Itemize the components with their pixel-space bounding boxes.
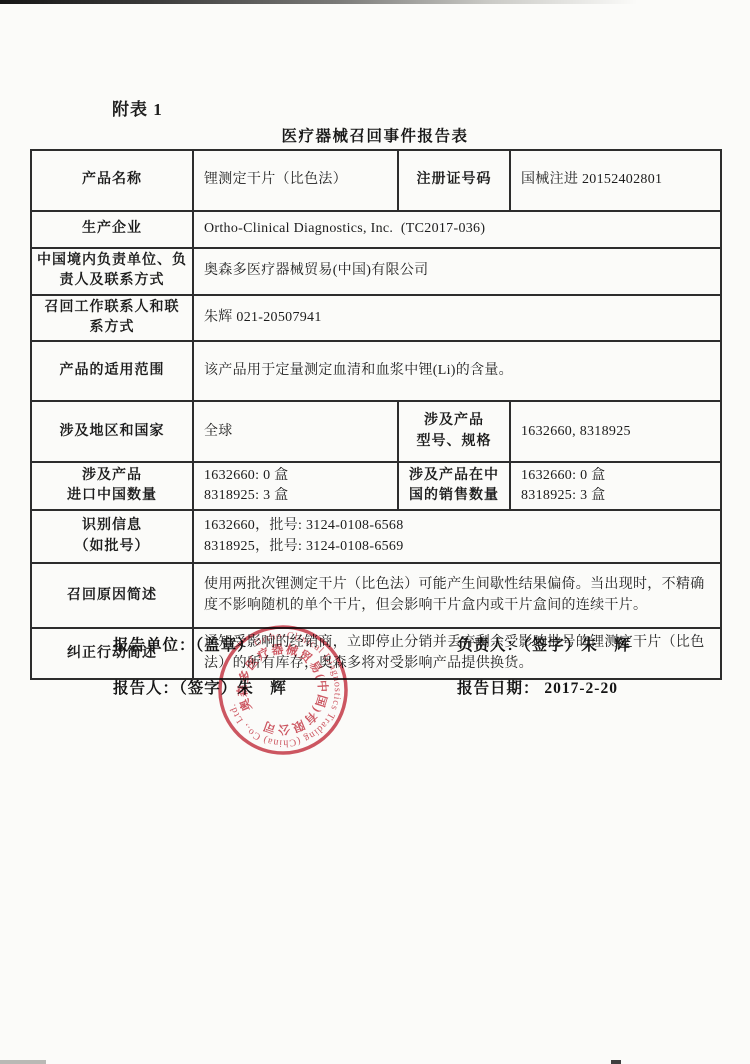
affected-regions-label: 涉及地区和国家 xyxy=(31,401,193,462)
table-row: 识别信息 （如批号） 1632660，批号: 3124-0108-6568 83… xyxy=(31,510,721,563)
import-quantity-value: 1632660: 0 盒 8318925: 3 盒 xyxy=(193,462,398,510)
identification-info-label: 识别信息 （如批号） xyxy=(31,510,193,563)
manufacturer-label: 生产企业 xyxy=(31,211,193,248)
appendix-label: 附表 1 xyxy=(112,95,163,120)
china-responsible-unit-label: 中国境内负责单位、负 责人及联系方式 xyxy=(31,248,193,295)
table-row: 召回原因简述 使用两批次锂测定干片（比色法）可能产生间歇性结果偏倚。当出现时，不… xyxy=(31,563,721,628)
svg-text:Ortho-Clinical Diagnostics Tra: Ortho-Clinical Diagnostics Trading (Chin… xyxy=(202,607,367,772)
affected-regions-value: 全球 xyxy=(193,401,398,462)
import-quantity-label: 涉及产品 进口中国数量 xyxy=(31,462,193,510)
affected-models-label: 涉及产品 型号、规格 xyxy=(398,401,510,462)
scan-artifact-bottom-left xyxy=(0,1060,46,1064)
stamp-english-text: Ortho-Clinical Diagnostics Trading (Chin… xyxy=(202,607,367,772)
report-date-line: 报告日期： 2017-2-20 xyxy=(457,676,618,698)
registration-number-value: 国械注进 20152402801 xyxy=(510,150,721,211)
manufacturer-value: Ortho-Clinical Diagnostics, Inc. (TC2017… xyxy=(193,211,721,248)
table-row: 涉及地区和国家 全球 涉及产品 型号、规格 1632660, 8318925 xyxy=(31,401,721,462)
table-row: 产品的适用范围 该产品用于定量测定血清和血浆中锂(Li)的含量。 xyxy=(31,341,721,401)
registration-number-label: 注册证号码 xyxy=(398,150,510,211)
recall-contact-value: 朱辉 021-20507941 xyxy=(193,295,721,342)
recall-contact-label: 召回工作联系人和联 系方式 xyxy=(31,295,193,342)
table-row: 涉及产品 进口中国数量 1632660: 0 盒 8318925: 3 盒 涉及… xyxy=(31,462,721,510)
scan-artifact-bottom xyxy=(611,1060,621,1064)
product-scope-value: 该产品用于定量测定血清和血浆中锂(Li)的含量。 xyxy=(193,341,721,401)
china-responsible-unit-value: 奥森多医疗器械贸易(中国)有限公司 xyxy=(193,248,721,295)
scan-artifact-top xyxy=(0,0,750,4)
product-name-value: 锂测定干片（比色法） xyxy=(193,150,398,211)
company-seal-stamp: Ortho-Clinical Diagnostics Trading (Chin… xyxy=(198,605,368,775)
responsible-person-line: 负责人：（签字）朱 辉 xyxy=(457,633,631,655)
svg-text:奥森多医疗器械贸易(中国)有限公司: 奥森多医疗器械贸易(中国)有限公司 xyxy=(215,622,349,756)
china-sales-quantity-value: 1632660: 0 盒 8318925: 3 盒 xyxy=(510,462,721,510)
form-title: 医疗器械召回事件报告表 xyxy=(0,124,750,146)
stamp-chinese-text: 奥森多医疗器械贸易(中国)有限公司 xyxy=(215,622,349,756)
identification-info-value: 1632660，批号: 3124-0108-6568 8318925，批号: 3… xyxy=(193,510,721,563)
affected-models-value: 1632660, 8318925 xyxy=(510,401,721,462)
table-row: 中国境内负责单位、负 责人及联系方式 奥森多医疗器械贸易(中国)有限公司 xyxy=(31,248,721,295)
table-row: 生产企业 Ortho-Clinical Diagnostics, Inc. (T… xyxy=(31,211,721,248)
china-sales-quantity-label: 涉及产品在中 国的销售数量 xyxy=(398,462,510,510)
table-row: 召回工作联系人和联 系方式 朱辉 021-20507941 xyxy=(31,295,721,342)
product-name-label: 产品名称 xyxy=(31,150,193,211)
product-scope-label: 产品的适用范围 xyxy=(31,341,193,401)
recall-report-table: 产品名称 锂测定干片（比色法） 注册证号码 国械注进 20152402801 生… xyxy=(30,149,722,680)
recall-reason-label: 召回原因简述 xyxy=(31,563,193,628)
table-row: 产品名称 锂测定干片（比色法） 注册证号码 国械注进 20152402801 xyxy=(31,150,721,211)
scanned-document-page: 附表 1 医疗器械召回事件报告表 产品名称 锂测定干片（比色法） 注册证号码 国… xyxy=(0,0,750,1064)
